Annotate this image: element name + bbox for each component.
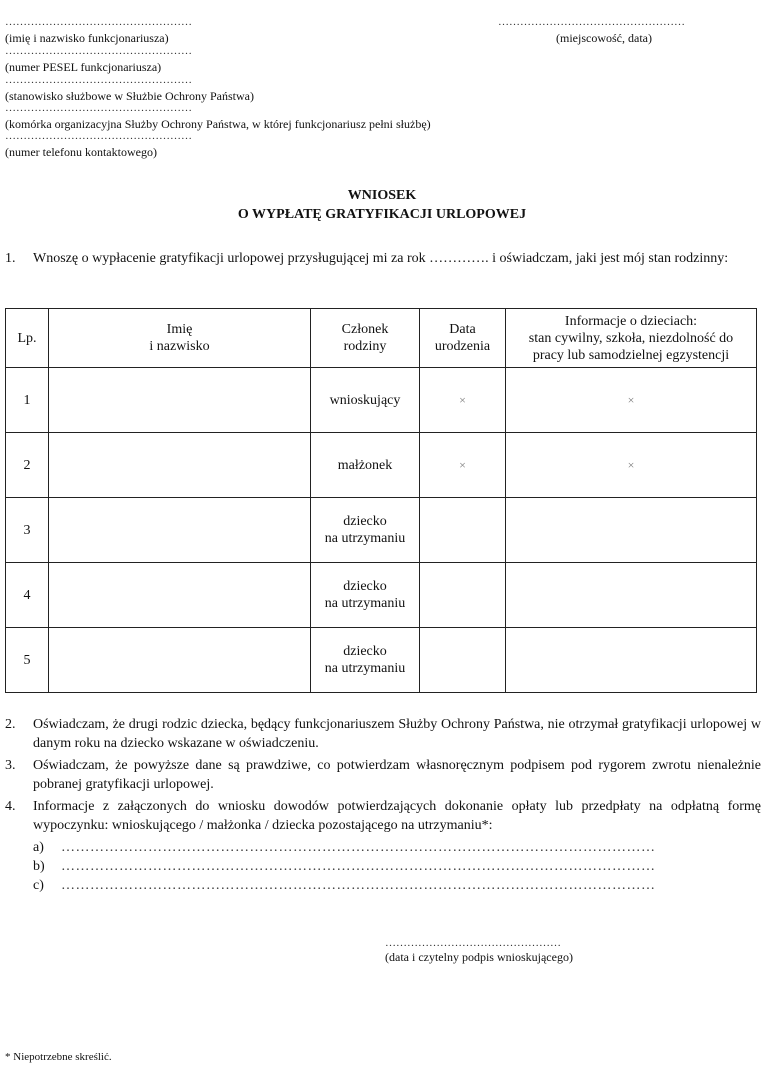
place-date-caption: (miejscowość, data) <box>498 31 710 45</box>
name-caption: (imię i nazwisko funkcjonariusza) <box>5 31 169 45</box>
cell-lp: 1 <box>6 368 49 433</box>
table-header-row: Lp. Imięi nazwisko Członekrodziny Dataur… <box>6 309 757 368</box>
attachment-field-b[interactable]: …………………………………………………………………………………………………………… <box>61 857 723 876</box>
col-header-lp: Lp. <box>6 309 49 368</box>
point-number: 4. <box>5 797 16 816</box>
name-field[interactable]: …………………………………………… <box>5 17 225 28</box>
unit-field[interactable]: …………………………………………… <box>5 103 225 114</box>
footnote: * Niepotrzebne skreślić. <box>5 1050 112 1064</box>
cell-dob-input[interactable] <box>420 628 506 693</box>
table-row: 4 dzieckona utrzymaniu <box>6 563 757 628</box>
cell-name-input[interactable] <box>49 498 311 563</box>
cell-member: dzieckona utrzymaniu <box>311 498 420 563</box>
phone-caption: (numer telefonu kontaktowego) <box>5 145 157 159</box>
cell-info-crossed: × <box>506 368 757 433</box>
cell-member: wnioskujący <box>311 368 420 433</box>
table-row: 2 małżonek × × <box>6 433 757 498</box>
phone-field[interactable]: …………………………………………… <box>5 131 225 142</box>
table-row: 5 dzieckona utrzymaniu <box>6 628 757 693</box>
cell-lp: 3 <box>6 498 49 563</box>
cell-info-input[interactable] <box>506 563 757 628</box>
col-header-name: Imięi nazwisko <box>49 309 311 368</box>
cell-dob-input[interactable] <box>420 498 506 563</box>
unit-caption: (komórka organizacyjna Służby Ochrony Pa… <box>5 117 431 131</box>
cell-member: dzieckona utrzymaniu <box>311 628 420 693</box>
attachment-field-a[interactable]: …………………………………………………………………………………………………………… <box>61 838 723 857</box>
pesel-caption: (numer PESEL funkcjonariusza) <box>5 60 161 74</box>
attachment-item-a: a)……………………………………………………………………………………………………… <box>33 838 723 857</box>
signature-caption: (data i czytelny podpis wnioskującego) <box>385 950 573 964</box>
cell-info-input[interactable] <box>506 498 757 563</box>
col-header-children-info: Informacje o dzieciach:stan cywilny, szk… <box>506 309 757 368</box>
position-caption: (stanowisko służbowe w Służbie Ochrony P… <box>5 89 254 103</box>
cell-lp: 4 <box>6 563 49 628</box>
pesel-field[interactable]: …………………………………………… <box>5 46 225 57</box>
signature-field[interactable]: ………………………………………… <box>385 938 581 949</box>
attachment-item-c: c)……………………………………………………………………………………………………… <box>33 876 723 895</box>
point-text: Informacje z załączonych do wniosku dowo… <box>33 797 761 835</box>
cell-member: małżonek <box>311 433 420 498</box>
point-text: Wnoszę o wypłacenie gratyfikacji urlopow… <box>33 249 761 268</box>
attachment-field-c[interactable]: …………………………………………………………………………………………………………… <box>61 876 723 895</box>
cell-dob-crossed: × <box>420 433 506 498</box>
cell-name-input[interactable] <box>49 433 311 498</box>
point-number: 2. <box>5 715 16 734</box>
attachment-label: a) <box>33 838 61 857</box>
cell-dob-input[interactable] <box>420 563 506 628</box>
cell-lp: 2 <box>6 433 49 498</box>
table-row: 1 wnioskujący × × <box>6 368 757 433</box>
position-field[interactable]: …………………………………………… <box>5 75 225 86</box>
point-2: 2. Oświadczam, że drugi rodzic dziecka, … <box>0 715 764 755</box>
cell-member: dzieckona utrzymaniu <box>311 563 420 628</box>
attachment-label: b) <box>33 857 61 876</box>
cell-name-input[interactable] <box>49 628 311 693</box>
point-3: 3. Oświadczam, że powyższe dane są prawd… <box>0 756 764 796</box>
point-text: Oświadczam, że powyższe dane są prawdziw… <box>33 756 761 794</box>
point-1: 1. Wnoszę o wypłacenie gratyfikacji urlo… <box>0 249 764 289</box>
table-row: 3 dzieckona utrzymaniu <box>6 498 757 563</box>
family-table: Lp. Imięi nazwisko Członekrodziny Dataur… <box>5 308 757 693</box>
cell-dob-crossed: × <box>420 368 506 433</box>
cell-name-input[interactable] <box>49 368 311 433</box>
cell-name-input[interactable] <box>49 563 311 628</box>
point-text: Oświadczam, że drugi rodzic dziecka, będ… <box>33 715 761 753</box>
cell-info-crossed: × <box>506 433 757 498</box>
place-date-field[interactable]: …………………………………………… <box>498 17 710 28</box>
col-header-member: Członekrodziny <box>311 309 420 368</box>
cell-info-input[interactable] <box>506 628 757 693</box>
col-header-dob: Dataurodzenia <box>420 309 506 368</box>
point-4: 4. Informacje z załączonych do wniosku d… <box>0 797 764 837</box>
attachment-item-b: b)……………………………………………………………………………………………………… <box>33 857 723 876</box>
cell-lp: 5 <box>6 628 49 693</box>
point-number: 3. <box>5 756 16 775</box>
doc-title: WNIOSEK <box>0 186 764 206</box>
attachment-label: c) <box>33 876 61 895</box>
doc-subtitle: O WYPŁATĘ GRATYFIKACJI URLOPOWEJ <box>0 205 764 225</box>
point-number: 1. <box>5 249 16 268</box>
